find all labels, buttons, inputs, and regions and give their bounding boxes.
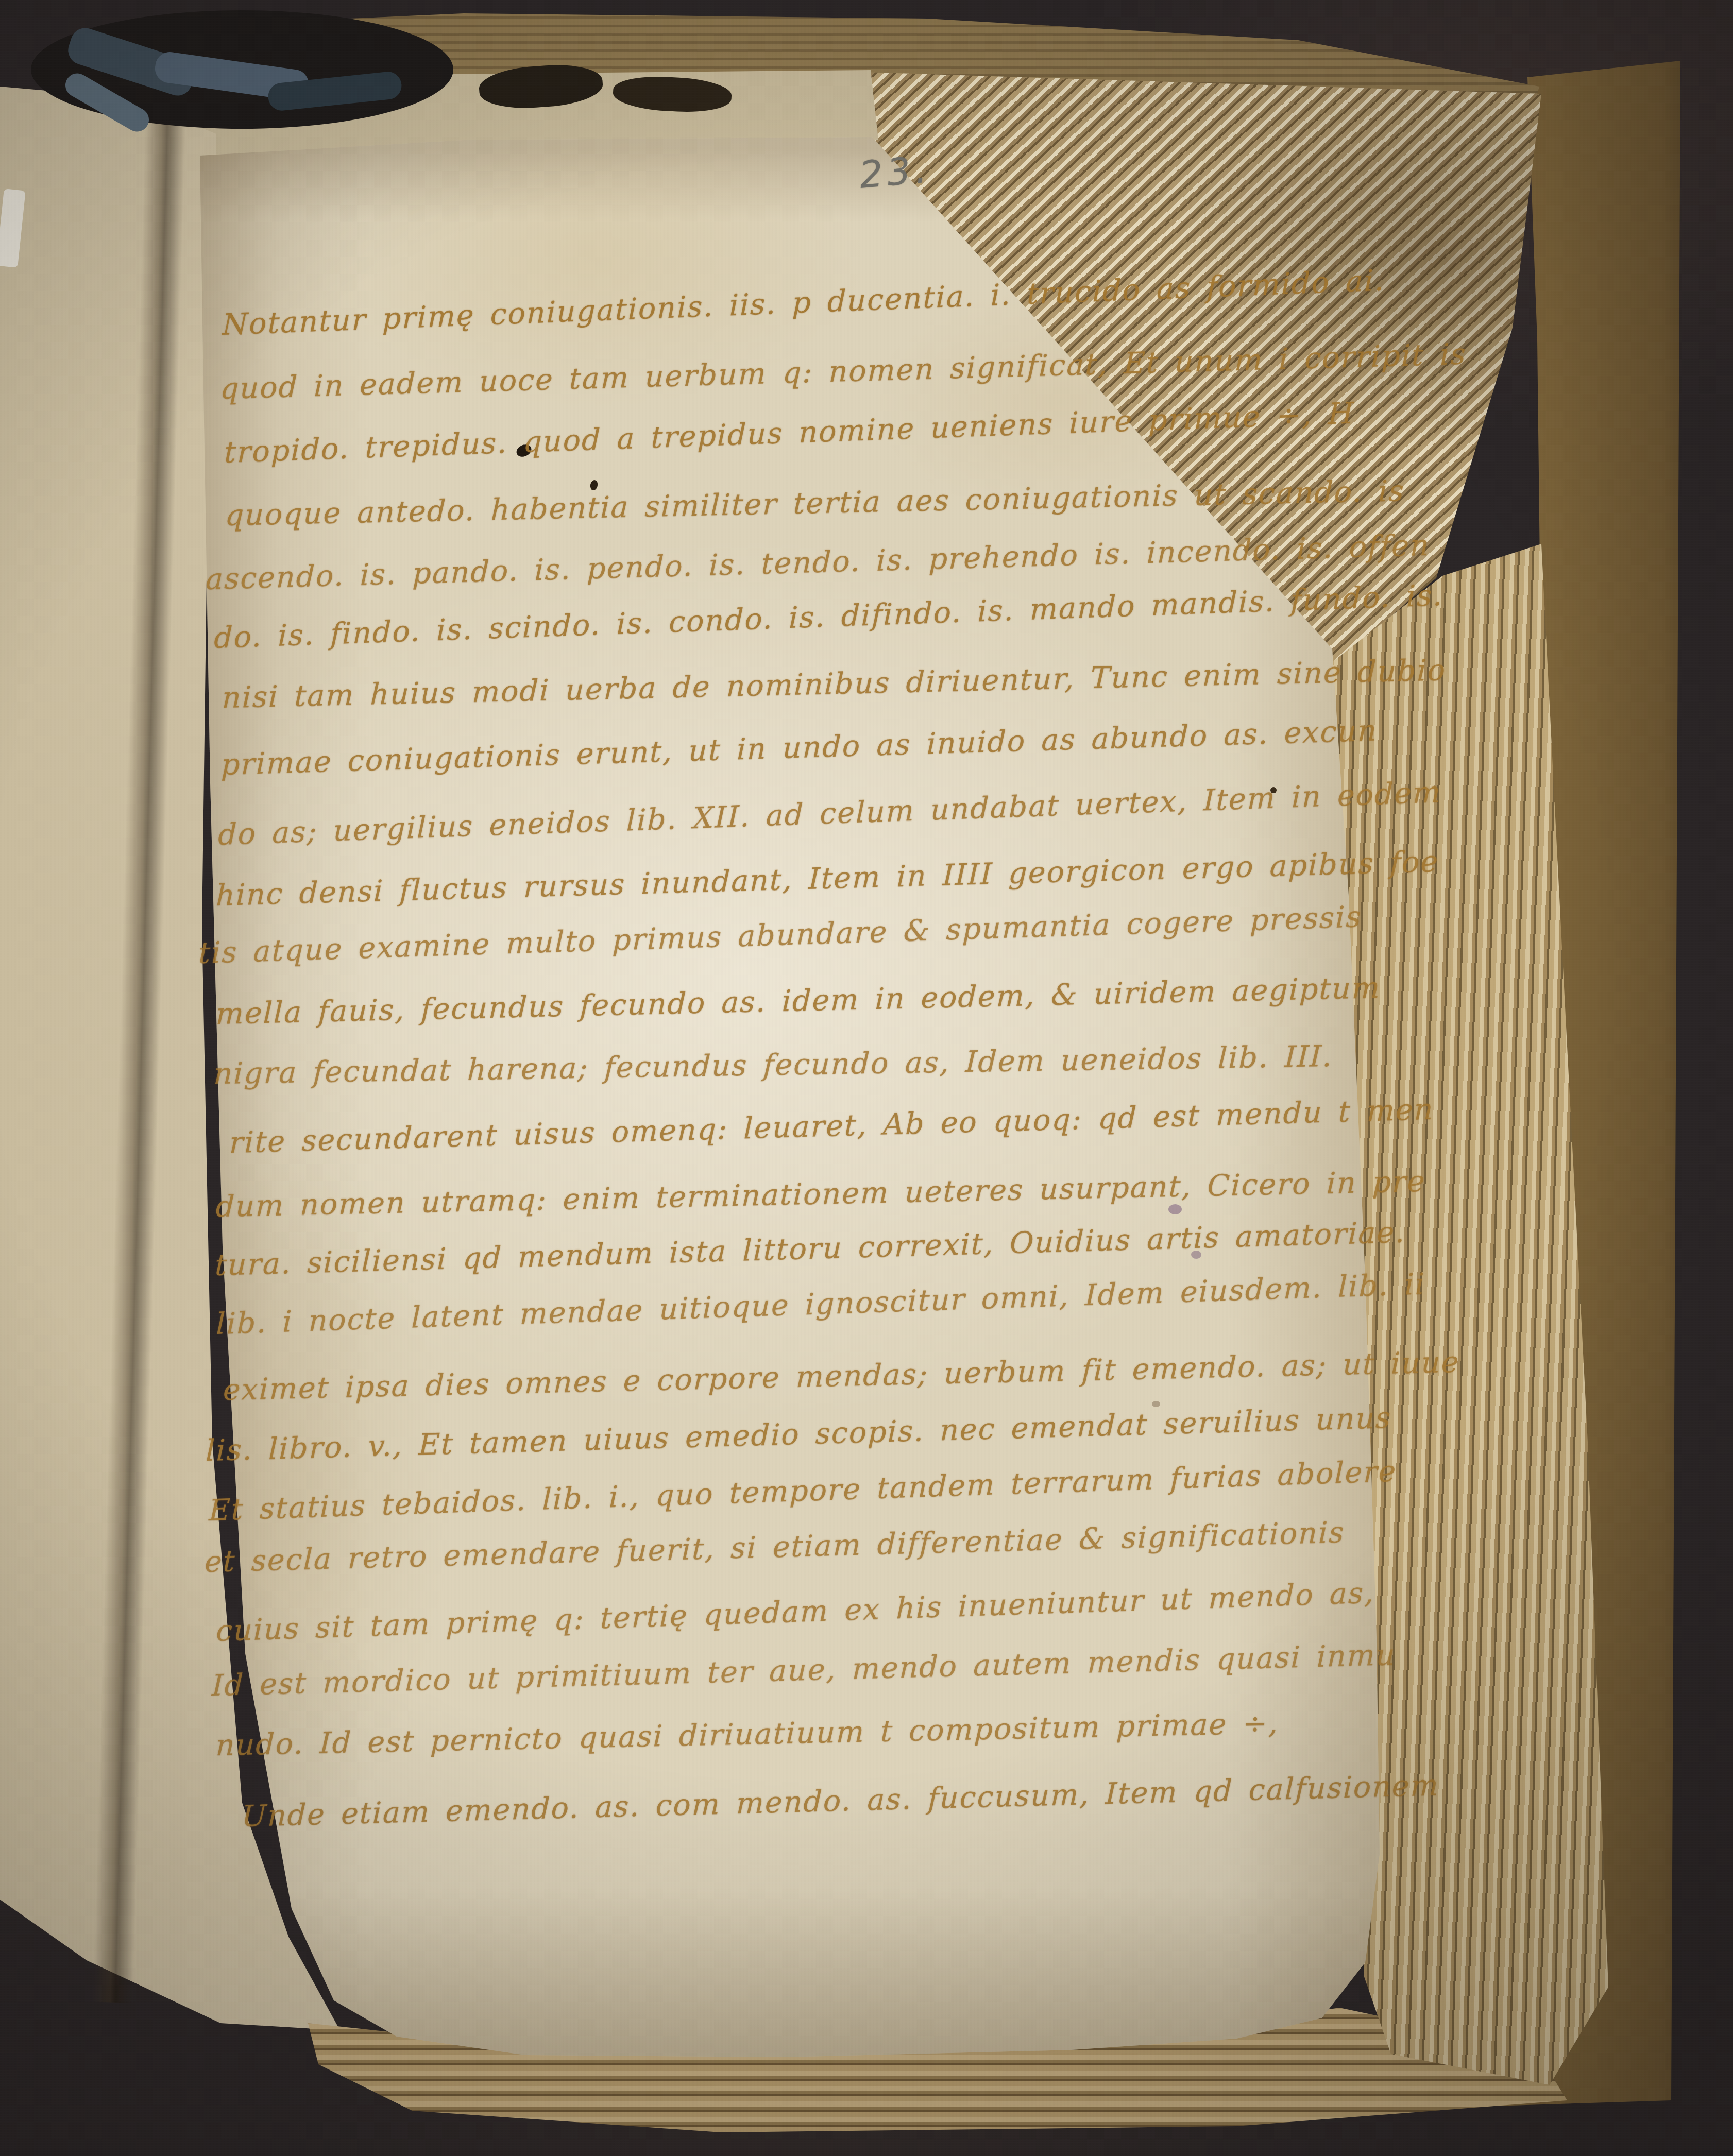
purple-stain (1168, 1204, 1182, 1214)
manuscript-photo: 23. Notantur primę coniugationis. iis. p… (0, 0, 1733, 2156)
folio-number: 23. (858, 147, 932, 197)
brown-stain (1152, 1401, 1160, 1407)
